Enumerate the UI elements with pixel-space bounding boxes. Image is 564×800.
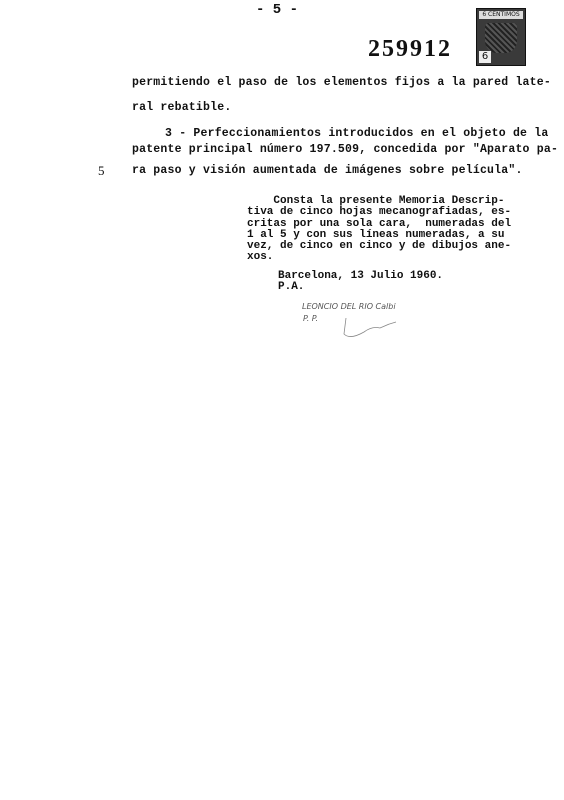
page-number: - 5 - [256, 2, 298, 18]
signature-pp: P. P. [303, 314, 318, 323]
signature-name: LEONCIO DEL RIO Calbi [302, 302, 396, 311]
revenue-stamp: 6 CENTIMOS 6 [476, 8, 526, 66]
per-authorization: P.A. [278, 282, 304, 294]
coat-of-arms-icon [485, 23, 517, 53]
body-line: permitiendo el paso de los elementos fij… [132, 76, 551, 89]
document-number: 259912 [368, 36, 452, 63]
stamp-value: 6 [479, 51, 491, 63]
closing-line: xos. [247, 252, 273, 264]
closing-line: tiva de cinco hojas mecanografiadas, es- [247, 207, 511, 219]
stamp-denomination: 6 CENTIMOS [479, 11, 523, 19]
closing-line: vez, de cinco en cinco y de dibujos ane- [247, 241, 511, 253]
body-line: 3 - Perfeccionamientos introducidos en e… [165, 127, 548, 140]
body-line: ra paso y visión aumentada de imágenes s… [132, 164, 523, 177]
margin-line-number: 5 [98, 163, 105, 179]
signature-scribble [340, 316, 410, 340]
body-line: ral rebatible. [132, 101, 231, 114]
body-line: patente principal número 197.509, conced… [132, 143, 558, 156]
